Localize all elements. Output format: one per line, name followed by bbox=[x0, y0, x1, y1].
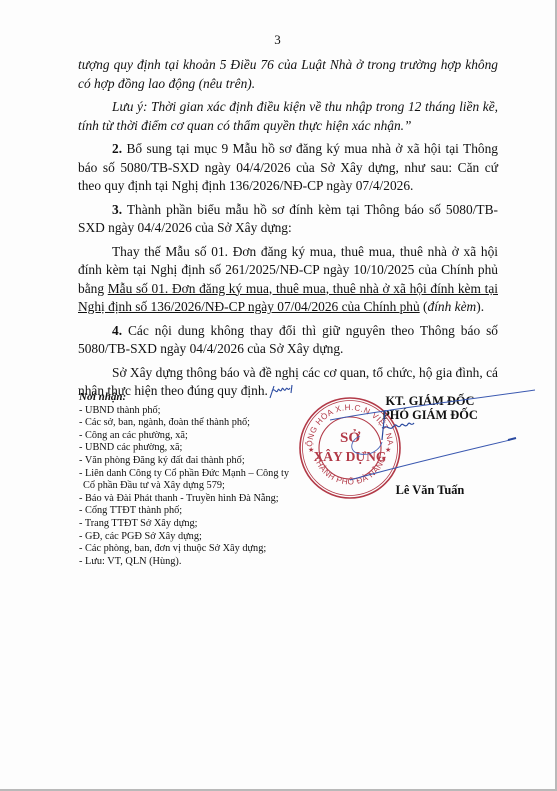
signer-name: Lê Văn Tuấn bbox=[350, 483, 510, 498]
paragraph-intro-continued: tượng quy định tại khoản 5 Điều 76 của L… bbox=[78, 56, 498, 93]
handwritten-signature-icon bbox=[290, 380, 540, 490]
item-3-detail-attachment: đính kèm bbox=[428, 299, 477, 314]
paragraph-item-2: 2. Bổ sung tại mục 9 Mẫu hồ sơ đăng ký m… bbox=[78, 140, 498, 196]
recipient-item: - Trang TTĐT Sở Xây dựng; bbox=[79, 518, 339, 531]
paren-close: ). bbox=[476, 299, 484, 314]
page-number: 3 bbox=[0, 32, 555, 48]
paren-open: ( bbox=[420, 299, 428, 314]
recipient-item: - GĐ, các PGĐ Sở Xây dựng; bbox=[79, 531, 339, 544]
item-3-number: 3. bbox=[112, 202, 122, 217]
paragraph-item-4: 4. Các nội dung không thay đổi thì giữ n… bbox=[78, 322, 498, 359]
document-body: tượng quy định tại khoản 5 Điều 76 của L… bbox=[78, 56, 498, 406]
item-2-text: Bổ sung tại mục 9 Mẫu hồ sơ đăng ký mua … bbox=[78, 141, 498, 193]
document-page: 3 tượng quy định tại khoản 5 Điều 76 của… bbox=[0, 0, 555, 789]
paragraph-item-3-detail: Thay thế Mẫu số 01. Đơn đăng ký mua, thu… bbox=[78, 243, 498, 317]
recipient-item: - Các phòng, ban, đơn vị thuộc Sở Xây dự… bbox=[79, 543, 339, 556]
item-3-text: Thành phần biểu mẫu hồ sơ đính kèm tại T… bbox=[78, 202, 498, 236]
recipient-item: - Cổng TTĐT thành phố; bbox=[79, 505, 339, 518]
item-2-number: 2. bbox=[112, 141, 122, 156]
item-4-number: 4. bbox=[112, 323, 122, 338]
paragraph-note: Lưu ý: Thời gian xác định điều kiện về t… bbox=[78, 98, 498, 135]
item-4-text: Các nội dung không thay đổi thì giữ nguy… bbox=[78, 323, 498, 357]
paragraph-item-3: 3. Thành phần biểu mẫu hồ sơ đính kèm tạ… bbox=[78, 201, 498, 238]
recipient-item: - Lưu: VT, QLN (Hùng). bbox=[79, 556, 339, 569]
